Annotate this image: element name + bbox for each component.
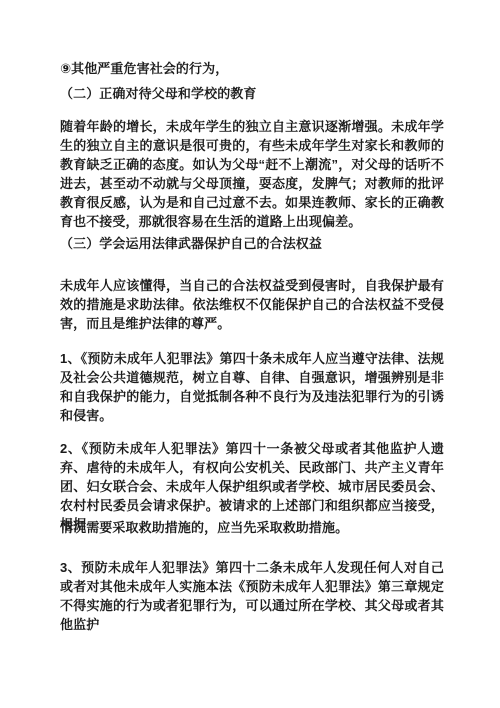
law-item-2-continued: 情况需要采取救助措施的，应当先采取救助措施。	[60, 518, 444, 537]
law-item-1: 1、《预防未成年人犯罪法》第四十条未成年人应当遵守法律、法规及社会公共道德规范，…	[60, 349, 444, 425]
paragraph-independence: 随着年龄的增长，未成年学生的独立自主意识逐渐增强。未成年学生的独立自主的意识是很…	[60, 117, 444, 231]
list-item-9: ⑨其他严重危害社会的行为，	[60, 59, 444, 78]
document-page: ⑨其他严重危害社会的行为， （二）正确对待父母和学校的教育 随着年龄的增长，未成…	[0, 0, 500, 708]
heading-section-2: （二）正确对待父母和学校的教育	[60, 84, 444, 103]
law-item-3: 3、预防未成年人犯罪法》第四十二条未成年人发现任何人对自己或者对其他未成年人实施…	[60, 558, 444, 634]
paragraph-legal-protection: 未成年人应该懂得，当自己的合法权益受到侵害时，自我保护最有效的措施是求助法律。依…	[60, 276, 444, 333]
heading-section-3: （三）学会运用法律武器保护自己的合法权益	[60, 234, 444, 253]
